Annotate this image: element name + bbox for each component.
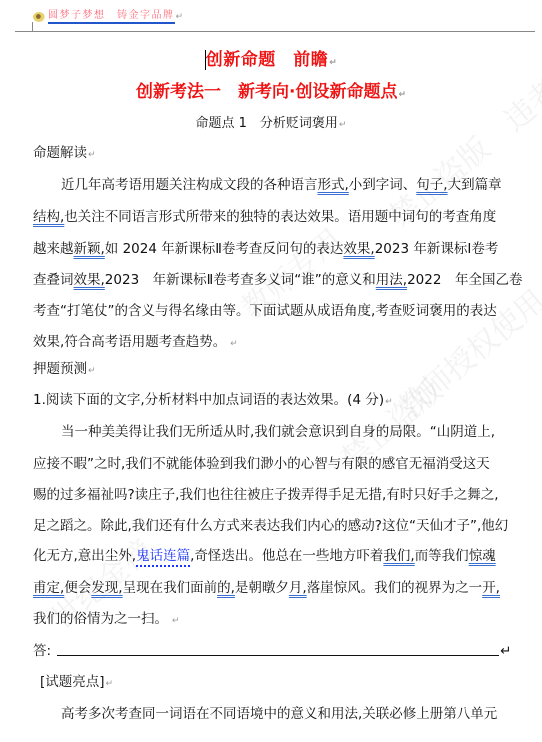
grammar-underline-run: 用法, bbox=[376, 272, 407, 288]
text-run: 而等我们 bbox=[415, 548, 469, 564]
text-run: 便会 bbox=[64, 580, 91, 596]
text-run: 查叠词 bbox=[33, 272, 74, 288]
header-divider bbox=[15, 31, 535, 32]
text-run: 应接不暇”之时,我们不就能体验到我们渺小的心智与有限的感官无福消受这天 bbox=[33, 456, 490, 472]
text-run: 足之蹈之。除此,我们还有什么方式来表达我们内心的感动?这位“天仙才子”,他幻 bbox=[33, 518, 508, 534]
text-run: 我们的俗情为之一扫。 bbox=[33, 611, 168, 627]
text-run: 效果,符合高考语用题考查趋势。 bbox=[33, 334, 226, 350]
paragraph-line: 考查“打笔仗”的含义与得名缘由等。下面试题从成语角度,考查贬词褒用的表达 bbox=[33, 302, 497, 320]
subsection-title: 命题点 1 分析贬词褒用↵ bbox=[0, 112, 542, 131]
paragraph-line: 越来越新颖,如 2024 年新课标Ⅱ卷考查反问句的表达效果,2023 年新课标Ⅰ… bbox=[33, 240, 498, 258]
paragraph-mark-icon: ↵ bbox=[176, 12, 184, 22]
paragraph-mark-icon: ↵ bbox=[88, 366, 96, 376]
text-run: ,奇怪迭出。他总在一些地方吓着 bbox=[190, 548, 383, 564]
subsection-title-text: 命题点 1 分析贬词褒用 bbox=[196, 116, 338, 131]
text-run: 是朝暾夕 bbox=[235, 580, 289, 596]
page-title: 创新命题 前瞻↵ bbox=[0, 45, 542, 70]
grammar-underline-run: 句子, bbox=[416, 177, 447, 193]
grammar-underline-run: 效果, bbox=[343, 241, 374, 257]
heading-text: [试题亮点] bbox=[40, 674, 105, 690]
paragraph-mark-icon: ↵ bbox=[106, 679, 114, 689]
grammar-underline-run: 惊魂 bbox=[469, 548, 496, 564]
highlight-text: 高考多次考查同一词语在不同语境中的意义和用法,关联必修上册第八单元 bbox=[61, 705, 497, 723]
text-run: 2023 年新课标Ⅰ卷考 bbox=[375, 241, 499, 257]
text-run: 2023 年新课标Ⅱ卷考查多义词“谁”的意义和 bbox=[105, 272, 376, 288]
text-run: 越来越 bbox=[33, 241, 74, 257]
grammar-underline-run: 形式, bbox=[318, 177, 349, 193]
page-header: 圆梦子梦想 铸金字品牌 ↵ bbox=[33, 8, 183, 26]
text-run: 落崖惊风。我们的视界为之一 bbox=[307, 580, 483, 596]
paragraph-line: 查叠词效果,2023 年新课标Ⅱ卷考查多义词“谁”的意义和用法,2022 年全国… bbox=[33, 271, 522, 289]
watermark: 教师授权使用 bbox=[387, 277, 542, 426]
paragraph-mark-icon: ↵ bbox=[169, 616, 179, 626]
heading-text: 命题解读 bbox=[33, 145, 87, 161]
paragraph-line: 我们的俗情为之一扫。 ↵ bbox=[33, 610, 179, 630]
text-run: 也关注不同语言形式所带来的独特的表达效果。语用题中词句的考查角度 bbox=[64, 209, 496, 225]
paragraph-mark-icon: ↵ bbox=[227, 339, 237, 349]
paragraph-line: 足之蹈之。除此,我们还有什么方式来表达我们内心的感动?这位“天仙才子”,他幻 bbox=[33, 517, 508, 535]
paragraph-mark-icon: ↵ bbox=[385, 397, 393, 407]
text-run: 小到字词、 bbox=[349, 177, 417, 193]
grammar-underline-run: 月, bbox=[289, 580, 307, 596]
grammar-underline-run: 结构, bbox=[33, 209, 64, 225]
paragraph-line: 当一种美美得让我们无所适从时,我们就会意识到自身的局限。“山阴道上, bbox=[61, 423, 495, 441]
paragraph-line: 近几年高考语用题关注构成文段的各种语言形式,小到字词、句子,大到篇章 bbox=[61, 176, 502, 194]
text-run: 大到篇章 bbox=[448, 177, 502, 193]
text-run: 2022 年全国乙卷 bbox=[407, 272, 522, 288]
heading-text: 押题预测 bbox=[33, 361, 87, 377]
text-run: 如 2024 年新课标Ⅱ卷考查反问句的表达 bbox=[105, 241, 344, 257]
grammar-underline-run: 开, bbox=[482, 580, 500, 596]
paragraph-line: 赐的过多福祉吗?读庄子,我们也往往被庄子拨弄得手足无措,有时只好手之舞之, bbox=[33, 486, 499, 504]
grammar-underline-run: 甫定, bbox=[33, 580, 64, 596]
paragraph-mark-icon: ↵ bbox=[500, 642, 511, 660]
answer-blank-line[interactable] bbox=[57, 655, 499, 656]
text-run: 近几年高考语用题关注构成文段的各种语言 bbox=[61, 177, 318, 193]
text-run: 当一种美美得让我们无所适从时,我们就会意识到自身的局限。“山阴道上, bbox=[61, 424, 495, 440]
paragraph-line: 应接不暇”之时,我们不就能体验到我们渺小的心智与有限的感官无福消受这天 bbox=[33, 455, 490, 473]
text-run: 呈现在我们面前 bbox=[123, 580, 218, 596]
brand-logo-icon bbox=[33, 12, 45, 22]
text-run: 化无方,意出尘外, bbox=[33, 548, 136, 564]
question-prompt: 1.阅读下面的文字,分析材料中加点词语的表达效果。(4 分)↵ bbox=[33, 391, 393, 411]
section-title: 创新考法一 新考向·创设新命题点↵ bbox=[0, 77, 542, 102]
grammar-underline-run: 效果, bbox=[74, 272, 105, 288]
title-main-text: 创新命题 前瞻 bbox=[206, 50, 329, 70]
paragraph-line: 甫定,便会发现,呈现在我们面前的,是朝暾夕月,落崖惊风。我们的视界为之一开, bbox=[33, 579, 500, 597]
text-run: 赐的过多福祉吗?读庄子,我们也往往被庄子拨弄得手足无措,有时只好手之舞之, bbox=[33, 487, 499, 503]
header-slogan: 圆梦子梦想 铸金字品牌 bbox=[48, 10, 175, 24]
grammar-underline-run: 的, bbox=[217, 580, 235, 596]
prediction-heading: 押题预测↵ bbox=[33, 360, 96, 380]
section-title-text: 创新考法一 新考向·创设新命题点 bbox=[136, 82, 397, 102]
answer-label: 答: bbox=[33, 642, 51, 660]
question-text: 1.阅读下面的文字,分析材料中加点词语的表达效果。(4 分) bbox=[33, 392, 384, 408]
paragraph-mark-icon: ↵ bbox=[398, 90, 406, 100]
paragraph-line: 效果,符合高考语用题考查趋势。 ↵ bbox=[33, 333, 238, 353]
grammar-underline-run: 发现, bbox=[91, 580, 122, 596]
grammar-underline-run: 新颖, bbox=[74, 241, 105, 257]
interpretation-heading: 命题解读↵ bbox=[33, 144, 96, 164]
grammar-underline-run: 我们, bbox=[383, 548, 414, 564]
highlight-heading: [试题亮点]↵ bbox=[40, 673, 113, 693]
text-run: 考查“打笔仗”的含义与得名缘由等。下面试题从成语角度,考查贬词褒用的表达 bbox=[33, 303, 497, 319]
emphasized-term: 鬼话连篇 bbox=[136, 548, 190, 564]
paragraph-line: 结构,也关注不同语言形式所带来的独特的表达效果。语用题中词句的考查角度 bbox=[33, 208, 496, 226]
document-page: 禁止盗版 违者必究 教师专用 禁止盗版 世纪金榜 教师授权使用 圆梦子梦想 铸金… bbox=[0, 0, 542, 742]
paragraph-mark-icon: ↵ bbox=[88, 150, 96, 160]
paragraph-mark-icon: ↵ bbox=[339, 120, 347, 130]
paragraph-mark-icon: ↵ bbox=[329, 58, 337, 68]
paragraph-line: 化无方,意出尘外,鬼话连篇,奇怪迭出。他总在一些地方吓着我们,而等我们惊魂 bbox=[33, 547, 496, 565]
